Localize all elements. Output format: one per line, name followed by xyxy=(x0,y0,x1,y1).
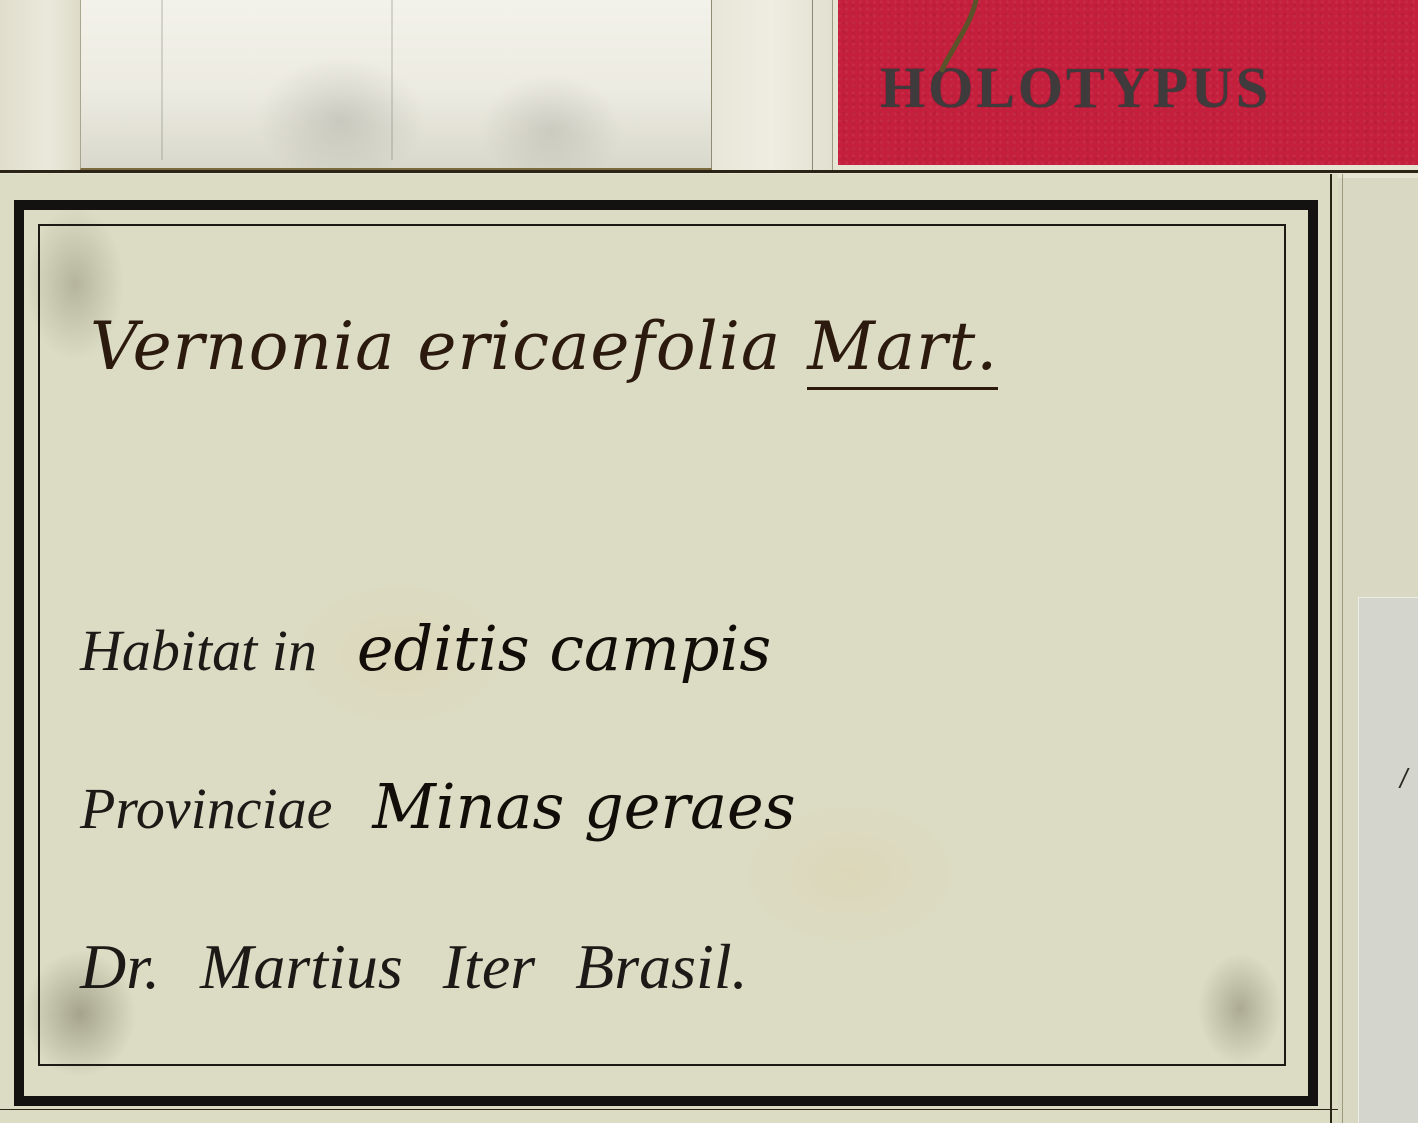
herbarium-sheet-edge xyxy=(0,0,81,172)
top-strip: HOLOTYPUS xyxy=(0,0,1418,178)
divider xyxy=(0,170,1418,173)
fragment-packet xyxy=(80,0,712,170)
species-name: Vernonia ericaefolia xyxy=(90,308,781,385)
tag-string-icon xyxy=(928,0,988,80)
adjacent-sheet xyxy=(1358,597,1418,1123)
ink-mark xyxy=(1398,768,1418,788)
species-author: Mart. xyxy=(807,308,998,390)
province-value: Minas geraes xyxy=(372,770,795,843)
packet-fold xyxy=(391,0,393,160)
species-name-line: Vernonia ericaefoliaMart. xyxy=(90,308,998,385)
collector-line: Dr. Martius Iter Brasil. xyxy=(80,930,748,1004)
holotype-tag: HOLOTYPUS xyxy=(838,0,1418,165)
herbarium-sheet-strip xyxy=(712,0,833,172)
habitat-line: Habitat ineditis campis xyxy=(80,612,771,685)
province-label: Provinciae xyxy=(80,776,332,841)
label-edge xyxy=(0,1109,1338,1110)
province-line: ProvinciaeMinas geraes xyxy=(80,770,796,843)
habitat-label: Habitat in xyxy=(80,618,317,683)
label-edge xyxy=(1342,174,1343,1123)
habitat-value: editis campis xyxy=(357,612,771,685)
label-edge xyxy=(1330,174,1332,1123)
packet-fold xyxy=(161,0,163,160)
sheet-crease xyxy=(812,0,813,170)
